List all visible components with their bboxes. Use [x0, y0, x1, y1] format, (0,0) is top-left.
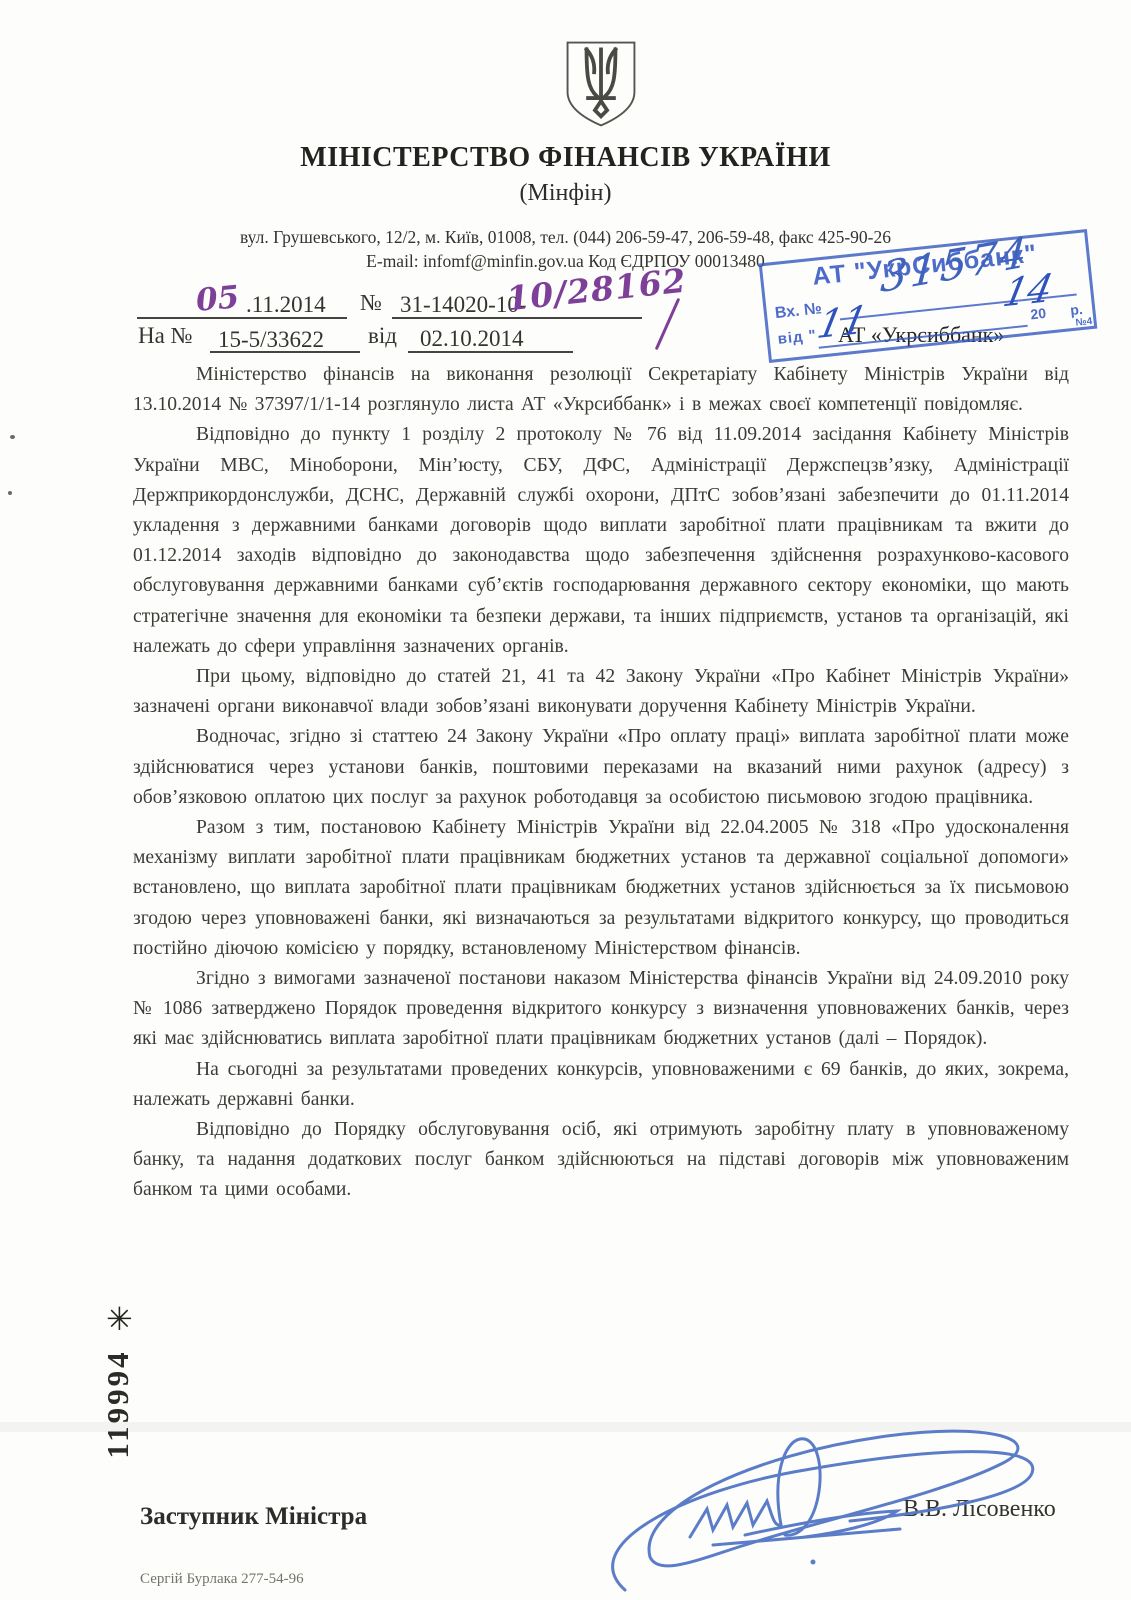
paragraph-intro: Міністерство фінансів на виконання резол…: [133, 360, 1069, 420]
paragraph-law-kabmin: При цьому, відповідно до статей 21, 41 т…: [133, 662, 1069, 722]
date-underline: [137, 317, 347, 319]
scan-speck: [10, 435, 15, 439]
stamp-vid-label: від ": [777, 327, 818, 348]
scanned-letter-page: МІНІСТЕРСТВО ФІНАНСІВ УКРАЇНИ (Мінфін) в…: [0, 0, 1131, 1600]
paragraph-law-oplata: Водночас, згідно зі статтею 24 Закону Ук…: [133, 722, 1069, 813]
ministry-title: МІНІСТЕРСТВО ФІНАНСІВ УКРАЇНИ: [0, 142, 1131, 174]
handwritten-stamp-day: 11: [814, 297, 872, 347]
stamp-r-label: р.: [1069, 301, 1083, 318]
reply-vid-label: від: [368, 323, 397, 349]
paragraph-nakaz-1086: Згідно з вимогами зазначеної постанови н…: [133, 964, 1069, 1055]
reply-date: 02.10.2014: [420, 326, 524, 352]
letter-date-printed: .11.2014: [246, 292, 326, 318]
paragraph-69-banks: На сьогодні за результатами проведених к…: [133, 1055, 1069, 1115]
handwriting-stroke: [655, 298, 681, 350]
paragraph-postanova-318: Разом з тим, постановою Кабінету Міністр…: [133, 813, 1069, 964]
paragraph-poriadok-service: Відповідно до Порядку обслуговування осі…: [133, 1115, 1069, 1206]
stamp-in-label: Вх. №: [774, 300, 823, 323]
ministry-short-name: (Мінфін): [0, 180, 1131, 207]
ukraine-tryzub-shield-icon: [563, 28, 639, 140]
reply-number-underline: [210, 351, 360, 353]
letter-body: Міністерство фінансів на виконання резол…: [133, 360, 1069, 1206]
uksibbank-incoming-stamp: АТ "УкрСиббанк" Вх. № від " 20 р. №4 315…: [759, 229, 1098, 363]
vertical-registration-number: 119994: [100, 1329, 140, 1479]
paragraph-protocol: Відповідно до пункту 1 розділу 2 протоко…: [133, 420, 1069, 662]
signer-position: Заступник Міністра: [140, 1503, 367, 1531]
scan-speck: [8, 491, 12, 495]
reply-date-underline: [408, 351, 573, 353]
handwritten-stamp-year: 14: [999, 265, 1057, 315]
number-sign: №: [360, 290, 382, 316]
reply-prefix: На №: [138, 323, 193, 349]
reply-number: 15-5/33622: [218, 327, 324, 353]
executor-contact: Сергій Бурлака 277-54-96: [140, 1571, 304, 1588]
stamp-corner-note: №4: [1075, 316, 1093, 329]
handwritten-signature-icon: [595, 1385, 1055, 1600]
handwritten-letter-day: 05: [195, 279, 241, 319]
